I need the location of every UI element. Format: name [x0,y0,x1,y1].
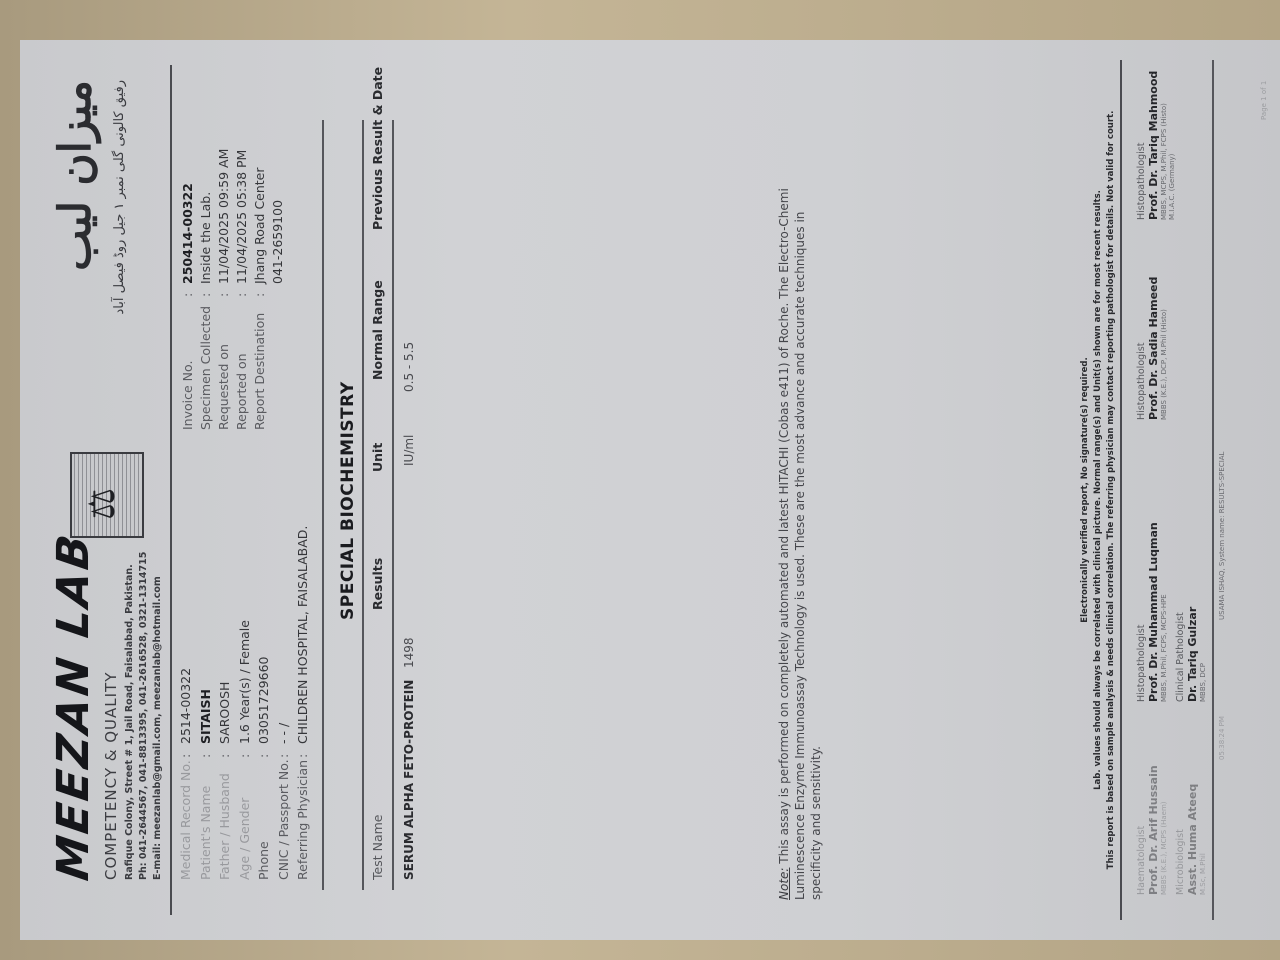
info-value: Inside the Lab. [198,192,213,284]
lab-urdu-address: رفیق کالونی گلی نمبر ۱ جیل روڈ فیصل آباد [112,80,127,315]
pathologist-role: Histopathologist [1136,522,1147,702]
pathologist-qualifications: MBBS, MCPS, M.Phil, FCPS (Histo) [1160,71,1168,220]
info-separator: : [198,293,213,297]
footer-disclaimer-1: Lab. values should always be correlated … [1093,40,1103,940]
pathologist-qualifications: MBBS (K.E.), DCP, M.Phil (Histo) [1160,277,1168,420]
info-value: 2514-00322 [178,668,193,744]
info-value: 250414-00322 [180,183,195,284]
info-value: CHILDREN HOSPITAL, FAISALABAD. [295,526,310,744]
footer-rule [1120,60,1122,920]
footer-disclaimer-2: This report is based on sample analysis … [1106,40,1116,940]
pathologist-role: Histopathologist [1136,277,1147,420]
note-line-1: This assay is performed on completely au… [777,188,791,864]
col-header-unit: Unit [370,443,385,472]
col-header-results: Results [370,558,385,610]
pathologist-entry: HistopathologistProf. Dr. Tariq MahmoodM… [1136,71,1176,220]
info-separator: : [216,293,231,297]
pathologist-qualifications: M.Sc, M.Phil [1199,784,1207,895]
note-line-2: Luminescence Enzyme Immunoassay Technolo… [793,212,807,900]
pathologist-qualifications: MBBS (K.E.), MCPS (Haem) [1160,765,1168,895]
info-separator: : [178,754,193,758]
print-time: 05:38:24 PM [1218,716,1226,760]
section-top-rule [322,120,324,890]
info-label: Report Destination [252,313,267,430]
accreditation-seal-icon: ⚖ [70,452,144,538]
info-value: SAROOSH [217,682,232,744]
info-label: Age / Gender [237,798,252,880]
footer-verified: Electronically verified report, No signa… [1080,40,1090,940]
pathologist-entry: Clinical PathologistDr. Tariq GulzarMBBS… [1175,607,1207,702]
pathologist-name: Dr. Tariq Gulzar [1186,607,1199,702]
pathologist-role: Microbiologist [1175,784,1186,895]
table-header-rule [392,120,394,890]
pathologist-name: Prof. Dr. Sadia Hameed [1147,277,1160,420]
pathologist-role: Clinical Pathologist [1175,607,1186,702]
lab-address: Rafique Colony, Street # 1, Jail Road, F… [124,564,135,880]
info-value: Jhang Road Center [252,167,267,284]
row-normal-range: 0.5 - 5.5 [402,342,416,392]
info-label: Requested on [216,344,231,430]
pathologist-name: Prof. Dr. Arif Hussain [1147,765,1160,895]
pathologist-entry: HaematologistProf. Dr. Arif HussainMBBS … [1136,765,1168,895]
print-info-rule [1212,60,1214,920]
seal-emblem-icon: ⚖ [82,488,123,520]
info-label: Specimen Collected [198,306,213,430]
lab-phones: Ph: 041-2644567, 041-8813395, 041-261652… [138,552,149,880]
report-page-rotated: MEEZAN LAB COMPETENCY & QUALITY Rafique … [20,40,1280,940]
info-label: Father / Husband [217,773,232,880]
assay-note: Note: This assay is performed on complet… [776,188,824,900]
info-value: SITAISH [198,689,213,744]
pathologist-role: Histopathologist [1136,71,1147,220]
col-header-test-name: Test Name [370,815,385,880]
info-label: Phone [256,841,271,880]
col-header-normal-range: Normal Range [370,280,385,380]
lab-tagline: COMPETENCY & QUALITY [102,672,120,880]
info-separator: : [198,754,213,758]
info-value: 03051729660 [256,657,271,744]
info-separator: : [256,754,271,758]
lab-report-page: MEEZAN LAB COMPETENCY & QUALITY Rafique … [20,40,1280,940]
print-system: USAMA ISHAQ, System name: RESULTS-SPECIA… [1218,452,1226,620]
info-separator: : [237,754,252,758]
pathologist-role: Haematologist [1136,765,1147,895]
row-unit: IU/ml [402,435,416,466]
pathologist-qualifications: MBBS, DCP [1199,607,1207,702]
pathologist-name: Prof. Dr. Muhammad Luqman [1147,522,1160,702]
info-label: CNIC / Passport No. [276,759,291,880]
info-separator: : [276,754,291,758]
info-separator: : [217,754,232,758]
note-line-3: specificity and sensitivity. [809,746,823,900]
info-value: 1.6 Year(s) / Female [237,620,252,744]
info-label: Reported on [234,353,249,430]
pathologist-entry: MicrobiologistAsst. Huma AteeqM.Sc, M.Ph… [1175,784,1207,895]
pathologist-name: Asst. Huma Ateeq [1186,784,1199,895]
lab-email: E-mail: meezanlab@gmail.com, meezanlab@h… [152,576,163,880]
info-value: 11/04/2025 09:59 AM [216,149,231,284]
info-label: Patient's Name [198,786,213,880]
info-separator: : [252,293,267,297]
section-title: SPECIAL BIOCHEMISTRY [338,381,358,620]
info-label: Invoice No. [180,361,195,430]
info-separator: : [180,293,195,297]
lab-logo-text: MEEZAN LAB [48,529,99,884]
info-value: - - / [276,723,291,744]
info-label: Medical Record No. [178,760,193,880]
pathologist-name: Prof. Dr. Tariq Mahmood [1147,71,1160,220]
info-separator: : [295,754,310,758]
pathologist-entry: HistopathologistProf. Dr. Muhammad Luqma… [1136,522,1168,702]
section-title-rule [362,120,364,890]
lab-urdu-name: میزان لیب [50,80,101,271]
note-label: Note: [777,868,791,900]
info-label: Referring Physician [295,760,310,880]
row-result: 1498 [402,637,416,668]
header-divider [170,65,172,915]
pathologist-qualifications-extra: M.I.A.C. (Germany) [1168,71,1176,220]
col-header-previous-result: Previous Result & Date [370,67,385,230]
row-test-name: SERUM ALPHA FETO-PROTEIN [402,680,416,880]
pathologist-qualifications: MBBS, M.Phil, FCPS, MCPS-HPE [1160,522,1168,702]
pathologist-entry: HistopathologistProf. Dr. Sadia HameedMB… [1136,277,1168,420]
info-value: 041-2659100 [270,200,285,284]
page-number: Page 1 of 1 [1260,81,1268,120]
info-separator: : [234,293,249,297]
info-value: 11/04/2025 05:38 PM [234,150,249,284]
